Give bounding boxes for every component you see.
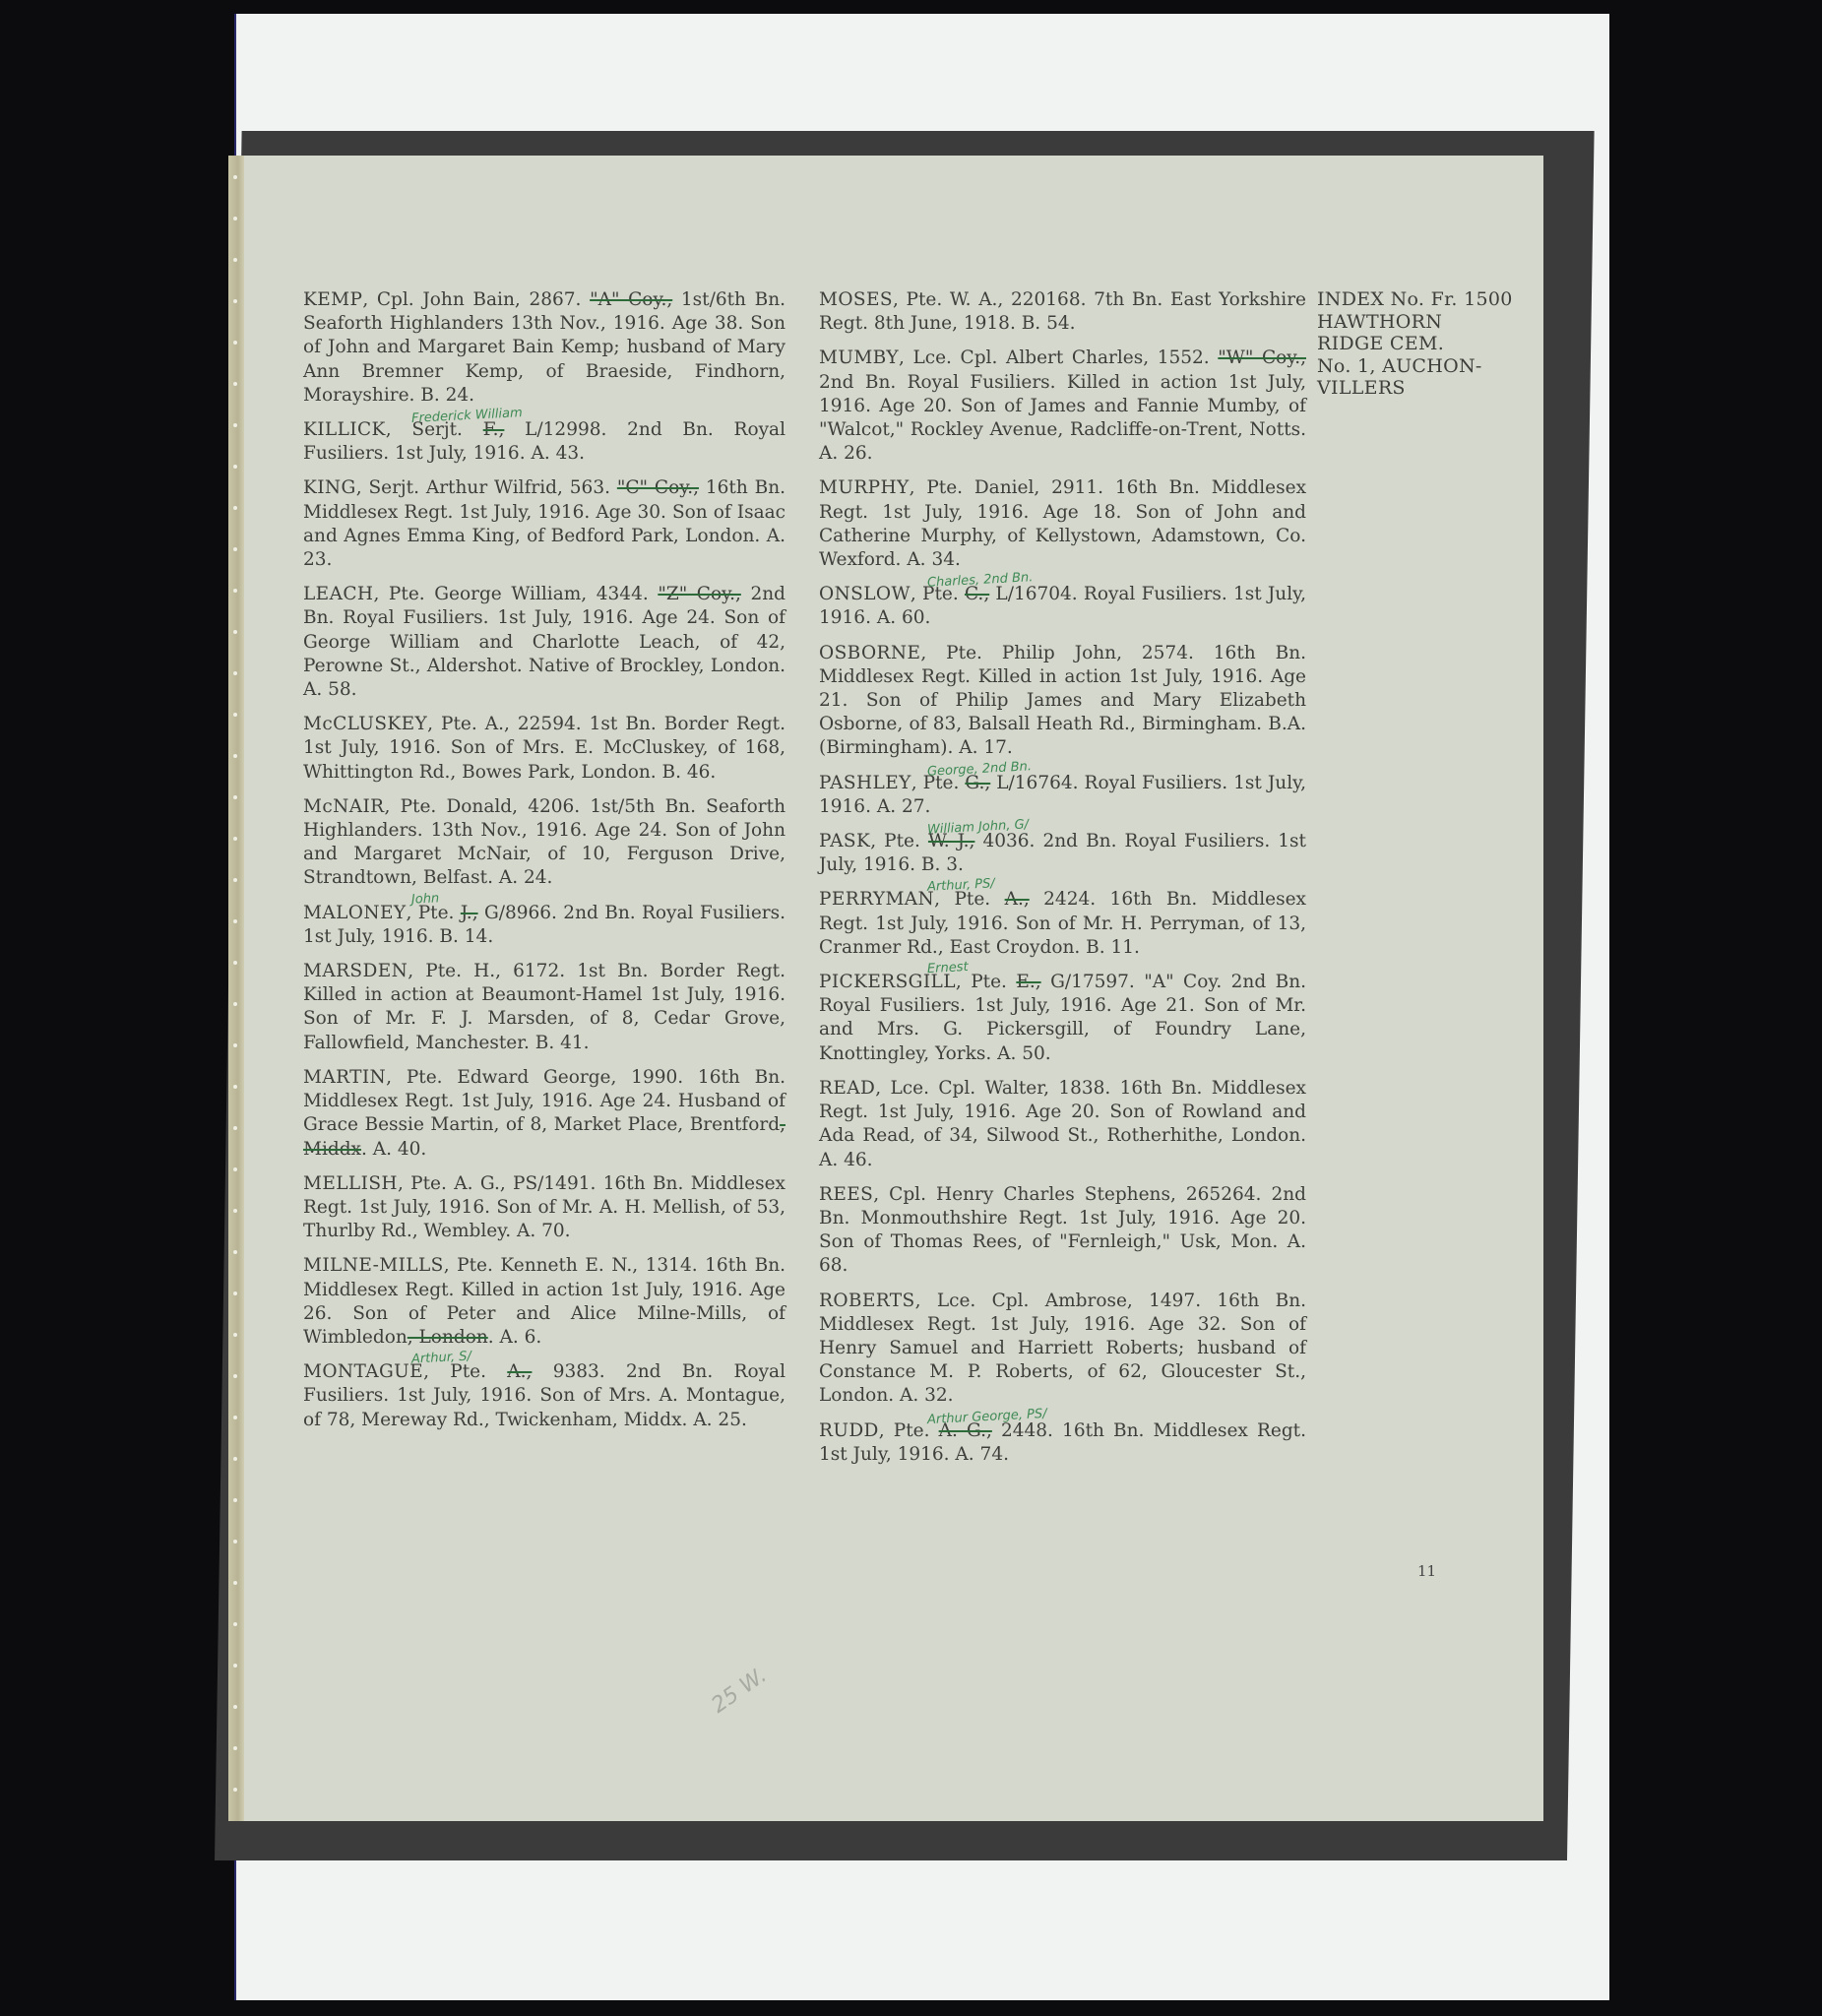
casualty-entry: PERRYMAN, Pte. A., 2424. 16th Bn. Middle… [819,888,1306,960]
entry-surname: ONSLOW [819,584,911,604]
entry-surname: MELLISH [303,1173,398,1194]
entry-surname: ROBERTS [819,1291,915,1311]
stitch-hole [233,1498,237,1502]
entry-surname: MOSES [819,289,893,310]
stitch-hole [233,423,237,427]
stitch-hole [233,961,237,965]
stitch-hole [233,1209,237,1213]
entry-surname: MURPHY [819,477,910,498]
stitch-hole [233,1622,237,1626]
handwritten-annotation: Ernest [926,956,969,981]
entry-surname: LEACH [303,584,373,604]
casualty-entry: ONSLOW, Pte. C., L/16704. Royal Fusilier… [819,583,1306,630]
entry-surname: MONTAGUE [303,1361,423,1382]
casualty-entry: REES, Cpl. Henry Charles Stephens, 26526… [819,1183,1306,1279]
stitch-hole [233,1374,237,1378]
casualty-entry: MURPHY, Pte. Daniel, 2911. 16th Bn. Midd… [819,476,1306,572]
casualty-entry: KILLICK, Serjt. F., L/12998. 2nd Bn. Roy… [303,418,785,466]
entry-surname: REES [819,1184,873,1205]
entry-surname: MARTIN [303,1067,386,1088]
stitch-hole [233,1002,237,1006]
casualty-entry: MONTAGUE, Pte. A., 9383. 2nd Bn. Royal F… [303,1360,785,1432]
casualty-entry: OSBORNE, Pte. Philip John, 2574. 16th Bn… [819,642,1306,761]
entry-text: , Serjt. Arthur Wilfrid, 563. [356,477,617,498]
index-line: VILLERS [1317,377,1514,400]
entry-surname: MALONEY [303,903,406,923]
stitch-hole [233,258,237,262]
casualty-entry: MARTIN, Pte. Edward George, 1990. 16th B… [303,1066,785,1162]
index-line: RIDGE CEM. [1317,333,1514,355]
stitch-hole [233,175,237,179]
casualty-entry: MARSDEN, Pte. H., 6172. 1st Bn. Border R… [303,960,785,1055]
stitch-hole [233,919,237,923]
index-line: INDEX No. Fr. 1500 [1317,288,1514,311]
entry-surname: READ [819,1078,875,1099]
stitch-hole [233,1085,237,1089]
entry-surname: OSBORNE [819,643,920,663]
stitch-hole [233,547,237,551]
stitch-hole [233,1416,237,1419]
entry-surname: RUDD [819,1420,879,1441]
entry-text: . A. 40. [361,1139,426,1160]
entry-surname: MARSDEN [303,961,408,981]
stitch-hole [233,1788,237,1792]
struck-out-text: "C" Coy., [617,477,699,498]
stitch-hole [233,1746,237,1750]
struck-out-text: A., [507,1361,532,1382]
entry-surname: MILNE-MILLS [303,1255,444,1276]
entry-text: , Cpl. John Bain, 2867. [362,289,590,310]
stitch-hole [233,506,237,510]
stitch-hole [233,878,237,882]
stitch-hole [233,754,237,758]
stitch-hole [233,1581,237,1585]
struck-out-text: "A" Coy., [590,289,672,310]
entry-surname: KEMP [303,289,362,310]
casualty-entry: KING, Serjt. Arthur Wilfrid, 563. "C" Co… [303,476,785,572]
casualty-entry: LEACH, Pte. George William, 4344. "Z" Co… [303,583,785,702]
casualty-entry: MOSES, Pte. W. A., 220168. 7th Bn. East … [819,288,1306,336]
casualty-entry: PICKERSGILL, Pte. E., G/17597. "A" Coy. … [819,971,1306,1066]
stitched-binding-edge [228,156,244,1821]
stitch-hole [233,465,237,469]
index-line: HAWTHORN [1317,311,1514,334]
casualty-entry: McNAIR, Pte. Donald, 4206. 1st/5th Bn. S… [303,795,785,891]
casualty-entry: McCLUSKEY, Pte. A., 22594. 1st Bn. Borde… [303,713,785,785]
stitch-hole [233,671,237,675]
handwritten-annotation: Arthur, S/ [410,1346,471,1372]
struck-out-text: A., [1005,889,1030,910]
index-line: No. 1, AUCHON- [1317,355,1514,378]
stitch-hole [233,382,237,386]
handwritten-annotation: George, 2nd Bn. [926,755,1032,785]
stitch-hole [233,795,237,799]
entry-surname: MUMBY [819,347,899,368]
entry-surname: PASK [819,831,870,851]
entry-text: . A. 6. [488,1327,542,1348]
casualty-entry: RUDD, Pte. A. G., 2448. 16th Bn. Middles… [819,1419,1306,1467]
casualty-entry: MELLISH, Pte. A. G., PS/1491. 16th Bn. M… [303,1172,785,1244]
casualty-entry: READ, Lce. Cpl. Walter, 1838. 16th Bn. M… [819,1077,1306,1172]
stitch-hole [233,1043,237,1047]
casualty-entry: MILNE-MILLS, Pte. Kenneth E. N., 1314. 1… [303,1254,785,1350]
entry-text: , Lce. Cpl. Walter, 1838. 16th Bn. Middl… [819,1078,1306,1170]
stitch-hole [233,630,237,634]
handwritten-annotation: Arthur, PS/ [926,873,995,901]
entry-surname: KING [303,477,356,498]
handwritten-annotation: John [410,887,440,913]
entry-surname: PERRYMAN [819,889,934,910]
stitch-hole [233,1167,237,1171]
struck-out-text: "W" Coy., [1218,347,1306,368]
entry-text: 2nd Bn. Royal Fusiliers. Killed in actio… [819,372,1306,465]
stitch-hole [233,1250,237,1254]
entry-text: , Pte. W. A., 220168. 7th Bn. East Yorks… [819,289,1306,334]
stitch-hole [233,1457,237,1461]
entry-surname: PASHLEY [819,773,911,793]
casualty-entry: KEMP, Cpl. John Bain, 2867. "A" Coy., 1s… [303,288,785,408]
stitch-hole [233,1540,237,1543]
entry-text: , Pte. [870,831,928,851]
stitch-hole [233,1705,237,1709]
casualty-entry: ROBERTS, Lce. Cpl. Ambrose, 1497. 16th B… [819,1290,1306,1409]
casualty-entry: MALONEY, Pte. J., G/8966. 2nd Bn. Royal … [303,902,785,949]
entry-text: , Pte. George William, 4344. [373,584,658,604]
cemetery-index-header: INDEX No. Fr. 1500 HAWTHORN RIDGE CEM. N… [1317,288,1514,400]
struck-out-text: E., [1016,972,1040,992]
stitch-hole [233,1333,237,1337]
left-column: KEMP, Cpl. John Bain, 2867. "A" Coy., 1s… [303,288,785,1443]
casualty-entry: PASHLEY, Pte. G., L/16764. Royal Fusilie… [819,772,1306,819]
casualty-entry: MUMBY, Lce. Cpl. Albert Charles, 1552. "… [819,346,1306,466]
right-column: MOSES, Pte. W. A., 220168. 7th Bn. East … [819,288,1306,1478]
entry-text: , Lce. Cpl. Albert Charles, 1552. [899,347,1218,368]
stitch-hole [233,1664,237,1668]
stitch-hole [233,1126,237,1130]
stitch-hole [233,1291,237,1295]
struck-out-text: "Z" Coy., [658,584,741,604]
stitch-hole [233,837,237,841]
stitch-hole [233,713,237,717]
casualty-entry: PASK, Pte. W. J., 4036. 2nd Bn. Royal Fu… [819,830,1306,877]
stitch-hole [233,589,237,593]
entry-surname: KILLICK [303,419,386,440]
struck-out-text: , London [408,1327,488,1348]
page-number: 11 [1417,1562,1436,1580]
struck-out-text: J., [461,903,478,923]
entry-surname: McNAIR [303,796,385,817]
stitch-hole [233,217,237,220]
entry-surname: McCLUSKEY [303,714,427,734]
entry-text: , Cpl. Henry Charles Stephens, 265264. 2… [819,1184,1306,1277]
stitch-hole [233,299,237,303]
stitch-hole [233,341,237,345]
